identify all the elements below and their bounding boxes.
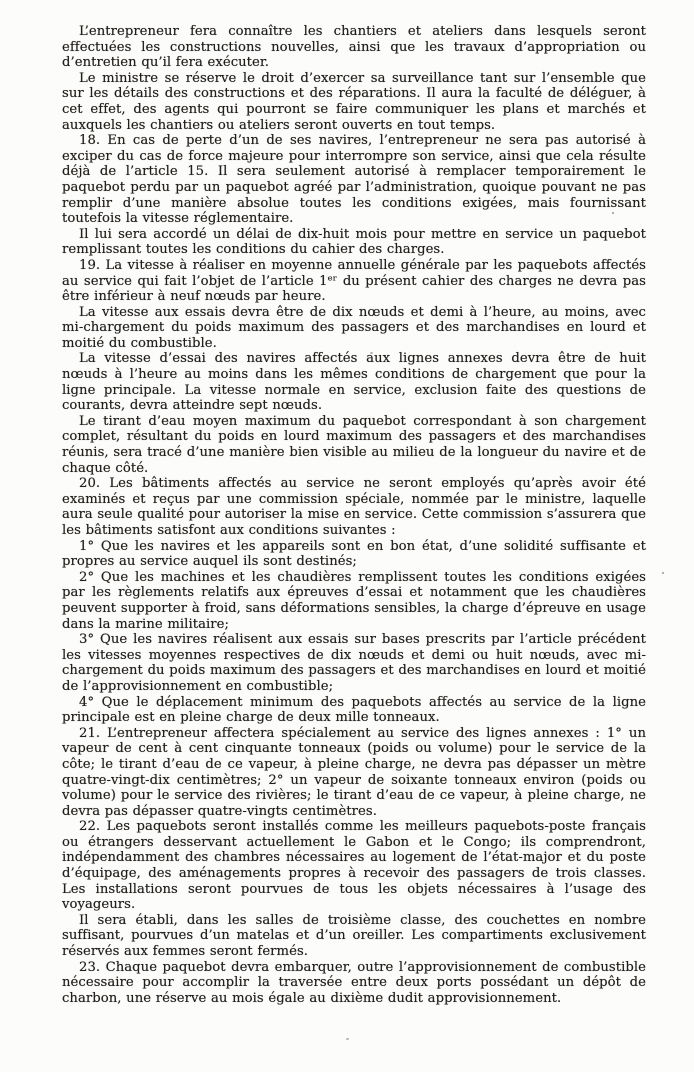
paragraph-condition-1: 1° Que les navires et les appareils sont… (62, 539, 646, 570)
paragraph-article-21: 21. L’entrepreneur affectera spécialemen… (62, 726, 646, 820)
paragraph-tirant-eau: Le tirant d’eau moyen maximum du paquebo… (62, 414, 646, 476)
paragraph-article-20: 20. Les bâtiments affectés au service ne… (62, 476, 646, 538)
ink-speck (612, 212, 614, 214)
paragraph-article-22: 22. Les paquebots seront installés comme… (62, 819, 646, 913)
ink-speck (346, 1038, 349, 1040)
ink-speck (662, 572, 664, 574)
document-page: L’entrepreneur fera connaître les chanti… (62, 24, 646, 1006)
paragraph-delai-dix-huit-mois: Il lui sera accordé un délai de dix-huit… (62, 227, 646, 258)
paragraph-surveillance-ministre: Le ministre se réserve le droit d’exerce… (62, 71, 646, 133)
ink-speck (370, 352, 373, 354)
paragraph-vitesse-essais: La vitesse aux essais devra être de dix … (62, 305, 646, 352)
paragraph-article-19: 19. La vitesse à réaliser en moyenne ann… (62, 258, 646, 305)
paragraph-condition-2: 2° Que les machines et les chaudières re… (62, 570, 646, 632)
paragraph-condition-4: 4° Que le déplacement minimum des paqueb… (62, 695, 646, 726)
paragraph-article-23: 23. Chaque paquebot devra embarquer, out… (62, 960, 646, 1007)
paragraph-couchettes-troisieme-classe: Il sera établi, dans les salles de trois… (62, 913, 646, 960)
paragraph-chantiers-ateliers: L’entrepreneur fera connaître les chanti… (62, 24, 646, 71)
paragraph-condition-3: 3° Que les navires réalisent aux essais … (62, 632, 646, 694)
paragraph-article-18: 18. En cas de perte d’un de ses navires,… (62, 133, 646, 227)
paragraph-vitesse-lignes-annexes: La vitesse d’essai des navires affectés … (62, 351, 646, 413)
